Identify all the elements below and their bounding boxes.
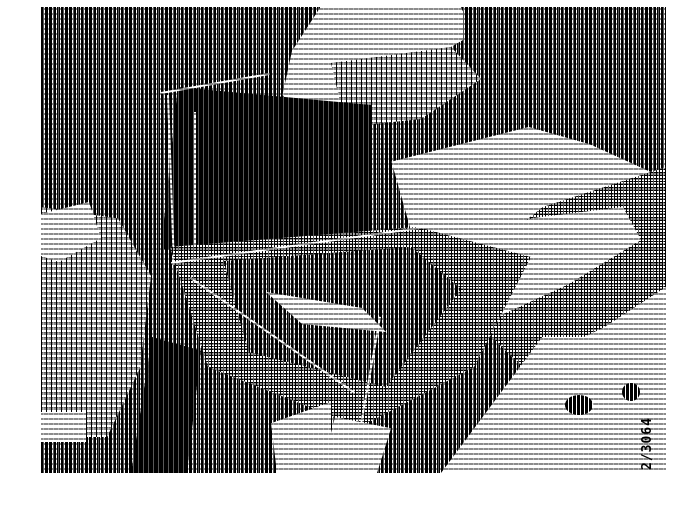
reference-number: 2/3064 (640, 417, 655, 470)
blob-2 (622, 383, 640, 401)
blob-1 (565, 395, 593, 415)
box-edge-front (194, 112, 196, 252)
left-lower-highlight (41, 412, 86, 442)
